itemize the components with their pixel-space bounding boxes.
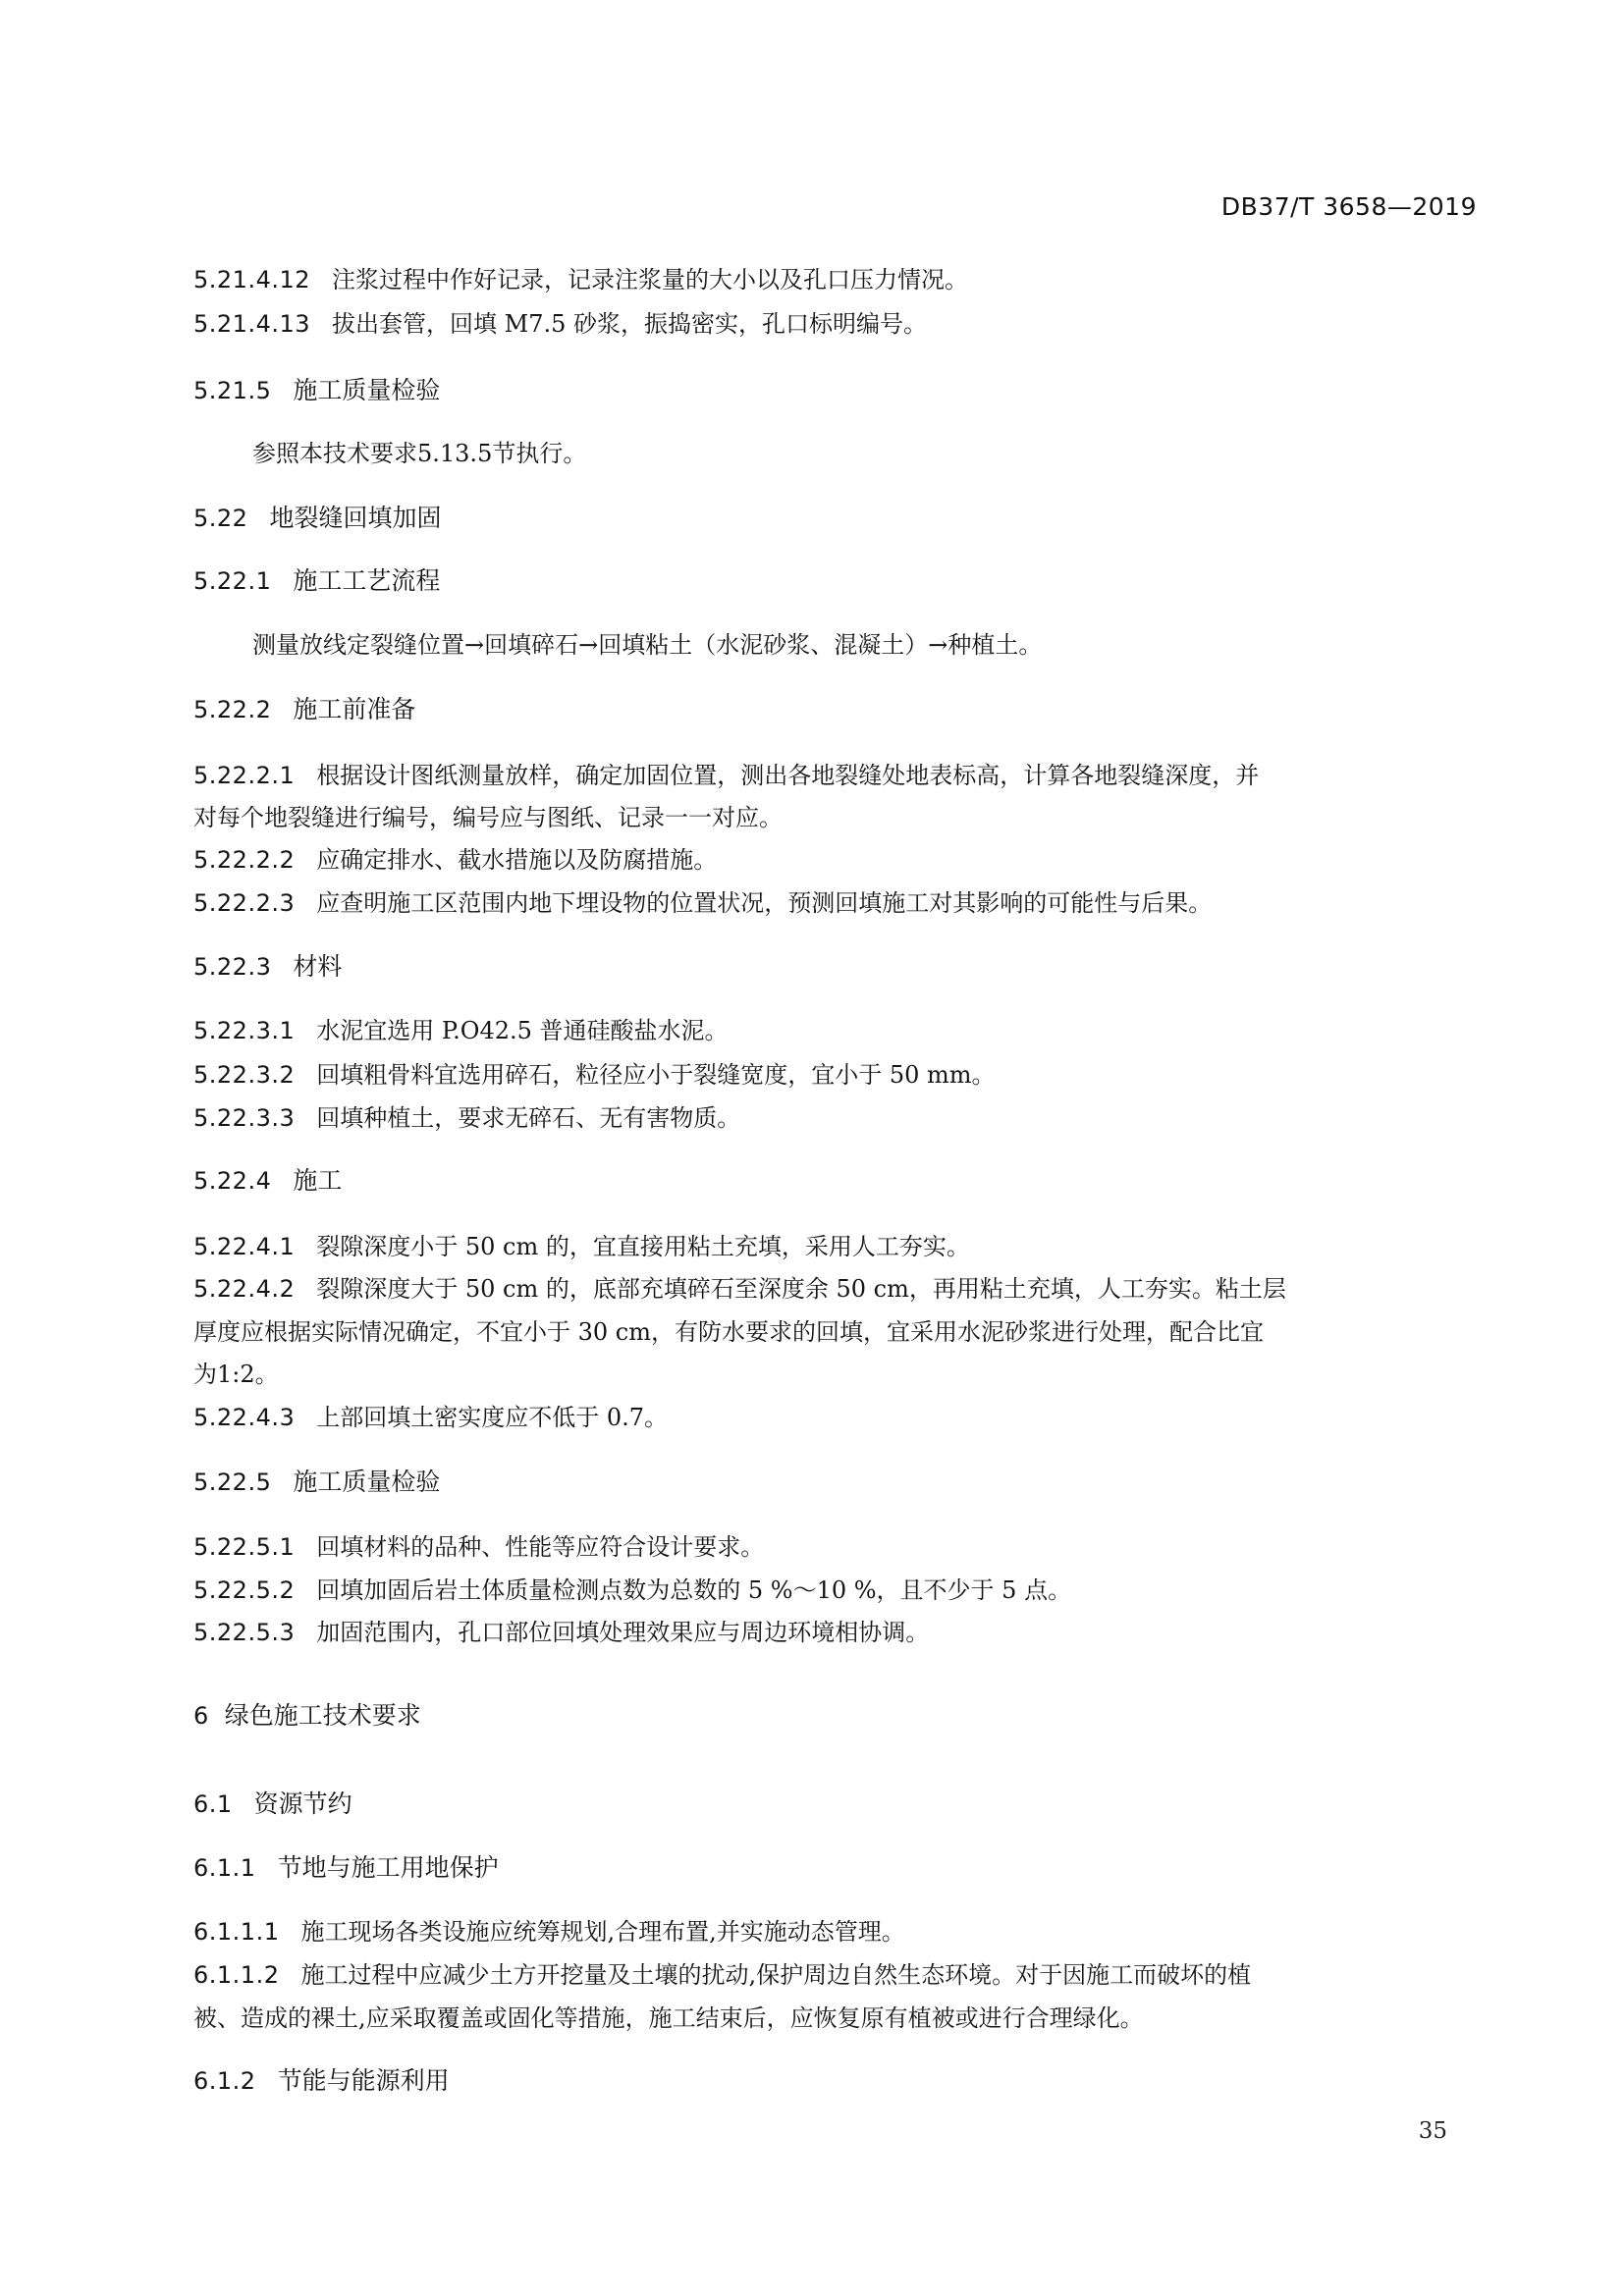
- clause-number: 5.22.3.3: [193, 1103, 295, 1133]
- clause-number: 5.21.4.13: [193, 309, 310, 339]
- heading-number: 5.22.1: [193, 566, 271, 596]
- clause-text: 回填材料的品种、性能等应符合设计要求。: [316, 1533, 764, 1561]
- clause-text: 根据设计图纸测量放样，确定加固位置，测出各地裂缝处地表标高，计算各地裂缝深度，并: [316, 762, 1259, 789]
- clause-number: 5.22.3.1: [193, 1016, 295, 1045]
- heading-number: 6.1.1: [193, 1853, 256, 1883]
- clause-text: 水泥宜选用 P.O42.5 普通硅酸盐水泥。: [316, 1017, 728, 1044]
- clause-6-1-1-2: 6.1.1.2施工过程中应减少土方开挖量及土壤的扰动,保护周边自然生态环境。对于…: [193, 1960, 1480, 1990]
- clause-5-22-2-2: 5.22.2.2应确定排水、截水措施以及防腐措施。: [193, 845, 1480, 875]
- clause-text: 施工现场各类设施应统筹规划,合理布置,并实施动态管理。: [300, 1918, 904, 1946]
- clause-number: 5.22.5.2: [193, 1575, 295, 1605]
- heading-5-22-2: 5.22.2施工前准备: [193, 695, 1480, 724]
- clause-5-22-4-2-continued: 厚度应根据实际情况确定，不宜小于 30 cm，有防水要求的回填，宜采用水泥砂浆进…: [193, 1317, 1480, 1347]
- heading-number: 6.1: [193, 1789, 233, 1819]
- heading-5-21-5: 5.21.5施工质量检验: [193, 376, 1480, 405]
- clause-5-22-3-3: 5.22.3.3回填种植土，要求无碎石、无有害物质。: [193, 1103, 1480, 1133]
- clause-number: 5.22.4.1: [193, 1232, 295, 1261]
- heading-number: 5.22.2: [193, 695, 271, 724]
- clause-number: 5.22.5.3: [193, 1618, 295, 1647]
- clause-text: 回填加固后岩土体质量检测点数为总数的 5 %～10 %，且不少于 5 点。: [316, 1576, 1071, 1604]
- clause-number: 5.22.4.2: [193, 1274, 295, 1304]
- clause-text: 回填种植土，要求无碎石、无有害物质。: [316, 1104, 740, 1132]
- standard-code: DB37/T 3658—2019: [1221, 192, 1477, 221]
- heading-text: 绿色施工技术要求: [225, 1701, 421, 1730]
- clause-number: 5.22.4.3: [193, 1403, 295, 1432]
- heading-text: 材料: [293, 952, 342, 981]
- clause-5-22-4-3: 5.22.4.3上部回填土密实度应不低于 0.7。: [193, 1403, 1480, 1432]
- heading-6-1-1: 6.1.1节地与施工用地保护: [193, 1853, 1480, 1883]
- clause-5-22-5-2: 5.22.5.2回填加固后岩土体质量检测点数为总数的 5 %～10 %，且不少于…: [193, 1575, 1480, 1605]
- document-page: DB37/T 3658—2019 5.21.4.12注浆过程中作好记录，记录注浆…: [0, 0, 1624, 2296]
- clause-5-22-4-2-continued-2: 为1:2。: [193, 1360, 1480, 1389]
- clause-number: 5.22.2.2: [193, 845, 295, 875]
- clause-number: 6.1.1.2: [193, 1960, 279, 1990]
- clause-5-21-4-12: 5.21.4.12注浆过程中作好记录，记录注浆量的大小以及孔口压力情况。: [193, 265, 1480, 294]
- clause-text: 裂隙深度大于 50 cm 的，底部充填碎石至深度余 50 cm，再用粘土充填，人…: [316, 1275, 1286, 1303]
- heading-text: 施工质量检验: [293, 1468, 440, 1496]
- heading-6: 6绿色施工技术要求: [193, 1701, 1480, 1731]
- clause-5-22-4-1: 5.22.4.1裂隙深度小于 50 cm 的，宜直接用粘土充填，采用人工夯实。: [193, 1232, 1480, 1261]
- heading-number: 6.1.2: [193, 2066, 256, 2096]
- heading-number: 5.22: [193, 504, 247, 533]
- heading-text: 资源节约: [254, 1789, 352, 1818]
- paragraph-5-21-5: 参照本技术要求5.13.5节执行。: [252, 439, 1539, 468]
- heading-5-22: 5.22地裂缝回填加固: [193, 504, 1480, 533]
- heading-6-1: 6.1资源节约: [193, 1789, 1480, 1819]
- clause-number: 5.22.5.1: [193, 1532, 295, 1562]
- clause-5-22-5-3: 5.22.5.3加固范围内，孔口部位回填处理效果应与周边环境相协调。: [193, 1618, 1480, 1647]
- clause-text: 施工过程中应减少土方开挖量及土壤的扰动,保护周边自然生态环境。对于因施工而破坏的…: [300, 1961, 1251, 1989]
- heading-text: 施工: [293, 1166, 342, 1195]
- clause-number: 5.22.2.1: [193, 761, 295, 790]
- heading-text: 施工工艺流程: [293, 566, 440, 595]
- clause-5-22-4-2: 5.22.4.2裂隙深度大于 50 cm 的，底部充填碎石至深度余 50 cm，…: [193, 1274, 1480, 1304]
- clause-5-22-5-1: 5.22.5.1回填材料的品种、性能等应符合设计要求。: [193, 1532, 1480, 1562]
- heading-number: 5.22.5: [193, 1468, 271, 1497]
- clause-number: 5.22.3.2: [193, 1060, 295, 1090]
- clause-text: 注浆过程中作好记录，记录注浆量的大小以及孔口压力情况。: [332, 266, 968, 294]
- clause-number: 6.1.1.1: [193, 1917, 279, 1947]
- clause-6-1-1-1: 6.1.1.1施工现场各类设施应统筹规划,合理布置,并实施动态管理。: [193, 1917, 1480, 1947]
- heading-text: 地裂缝回填加固: [269, 504, 441, 532]
- clause-text: 应查明施工区范围内地下埋设物的位置状况，预测回填施工对其影响的可能性与后果。: [316, 889, 1212, 917]
- heading-text: 施工前准备: [293, 695, 415, 723]
- clause-text: 回填粗骨料宜选用碎石，粒径应小于裂缝宽度，宜小于 50 mm。: [316, 1061, 995, 1089]
- clause-number: 5.22.2.3: [193, 888, 295, 918]
- clause-5-22-2-1: 5.22.2.1根据设计图纸测量放样，确定加固位置，测出各地裂缝处地表标高，计算…: [193, 761, 1480, 790]
- clause-text: 加固范围内，孔口部位回填处理效果应与周边环境相协调。: [316, 1619, 929, 1646]
- heading-number: 5.22.3: [193, 952, 271, 982]
- heading-text: 节能与能源利用: [278, 2066, 450, 2095]
- clause-text: 应确定排水、截水措施以及防腐措施。: [316, 846, 717, 874]
- clause-5-22-2-1-continued: 对每个地裂缝进行编号，编号应与图纸、记录一一对应。: [193, 803, 1480, 832]
- heading-5-22-1: 5.22.1施工工艺流程: [193, 566, 1480, 596]
- process-flow-paragraph: 测量放线定裂缝位置→回填碎石→回填粘土（水泥砂浆、混凝土）→种植土。: [252, 630, 1539, 660]
- heading-number: 5.21.5: [193, 376, 271, 405]
- page-number: 35: [1419, 2118, 1447, 2144]
- clause-text: 拔出套管，回填 M7.5 砂浆，振捣密实，孔口标明编号。: [332, 310, 927, 338]
- clause-5-22-3-1: 5.22.3.1水泥宜选用 P.O42.5 普通硅酸盐水泥。: [193, 1016, 1480, 1045]
- clause-5-21-4-13: 5.21.4.13拔出套管，回填 M7.5 砂浆，振捣密实，孔口标明编号。: [193, 309, 1480, 339]
- heading-5-22-5: 5.22.5施工质量检验: [193, 1468, 1480, 1497]
- clause-text: 上部回填土密实度应不低于 0.7。: [316, 1404, 668, 1431]
- heading-6-1-2: 6.1.2节能与能源利用: [193, 2066, 1480, 2096]
- heading-number: 5.22.4: [193, 1166, 271, 1196]
- heading-5-22-4: 5.22.4施工: [193, 1166, 1480, 1196]
- clause-5-22-2-3: 5.22.2.3应查明施工区范围内地下埋设物的位置状况，预测回填施工对其影响的可…: [193, 888, 1480, 918]
- clause-text: 裂隙深度小于 50 cm 的，宜直接用粘土充填，采用人工夯实。: [316, 1233, 970, 1260]
- clause-5-22-3-2: 5.22.3.2回填粗骨料宜选用碎石，粒径应小于裂缝宽度，宜小于 50 mm。: [193, 1060, 1480, 1090]
- clause-6-1-1-2-continued: 被、造成的裸土,应采取覆盖或固化等措施，施工结束后，应恢复原有植被或进行合理绿化…: [193, 2003, 1480, 2033]
- clause-number: 5.21.4.12: [193, 265, 310, 294]
- heading-text: 施工质量检验: [293, 376, 440, 404]
- heading-number: 6: [193, 1701, 209, 1731]
- heading-5-22-3: 5.22.3材料: [193, 952, 1480, 982]
- heading-text: 节地与施工用地保护: [278, 1853, 499, 1882]
